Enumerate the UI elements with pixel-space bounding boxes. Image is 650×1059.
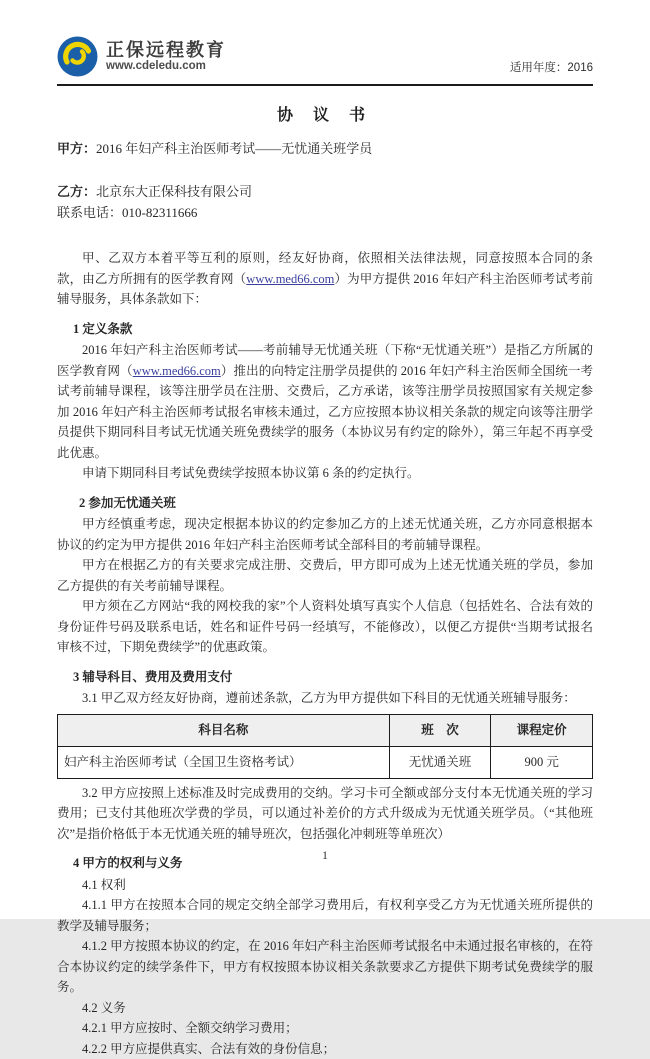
section-3-heading: 3 辅导科目、费用及费用支付 [73, 667, 593, 688]
section-4-item: 4.1 权利 [57, 875, 593, 896]
company-website: www.cdeledu.com [106, 60, 226, 73]
section-2-paragraph-2: 甲方在根据乙方的有关要求完成注册、交费后，甲方即可成为上述无忧通关班的学员，参加… [57, 555, 593, 596]
phone-label: 联系电话： [57, 205, 122, 220]
phone-value: 010-82311666 [122, 205, 197, 220]
section-3-paragraph-2: 3.2 甲方应按照上述标准及时完成费用的交纳。学习卡可全额或部分支付本无忧通关班… [57, 783, 593, 845]
med66-link[interactable]: www.med66.com [133, 364, 221, 378]
section-2-paragraph-3: 甲方须在乙方网站“我的网校我的家”个人资料处填写真实个人信息（包括姓名、合法有效… [57, 596, 593, 658]
section-3-paragraph-1: 3.1 甲乙双方经友好协商，遵前述条款，乙方为甲方提供如下科目的无忧通关班辅导服… [57, 688, 593, 709]
party-b-label: 乙方： [57, 184, 96, 199]
party-a-label: 甲方： [57, 141, 96, 156]
section-1-paragraph-1: 2016 年妇产科主治医师考试——考前辅导无忧通关班（下称“无忧通关班”）是指乙… [57, 340, 593, 463]
section-4-item: 4.1.1 甲方在按照本合同的规定交纳全部学习费用后，有权利享受乙方为无忧通关班… [57, 895, 593, 936]
document-page: 正保远程教育 www.cdeledu.com 适用年度：2016 协 议 书 甲… [0, 0, 650, 919]
fee-table-row: 妇产科主治医师考试（全国卫生资格考试） 无忧通关班 900 元 [58, 746, 593, 778]
company-logo: 正保远程教育 www.cdeledu.com [57, 36, 226, 77]
party-b-value: 北京东大正保科技有限公司 [96, 184, 252, 199]
party-b-line: 乙方：北京东大正保科技有限公司 [57, 182, 593, 202]
section-4-item: 4.2.2 甲方应提供真实、合法有效的身份信息； [57, 1039, 593, 1059]
logo-text-block: 正保远程教育 www.cdeledu.com [106, 40, 226, 74]
section-2-heading: 2 参加无忧通关班 [79, 493, 593, 514]
fee-table-cell-subject: 妇产科主治医师考试（全国卫生资格考试） [58, 746, 390, 778]
section-1-heading: 1 定义条款 [73, 319, 593, 340]
fee-table-cell-price: 900 元 [491, 746, 593, 778]
logo-swirl-icon [57, 36, 98, 77]
section-2-paragraph-1: 甲方经慎重考虑，现决定根据本协议的约定参加乙方的上述无忧通关班，乙方亦同意根据本… [57, 514, 593, 555]
fee-table-header-price: 课程定价 [491, 714, 593, 746]
document-body: 甲、乙双方本着平等互利的原则，经友好协商，依照相关法律法规，同意按照本合同的条款… [57, 248, 593, 1059]
fee-table-header-subject: 科目名称 [58, 714, 390, 746]
fee-table-cell-class: 无忧通关班 [389, 746, 491, 778]
party-a-value: 2016 年妇产科主治医师考试——无忧通关班学员 [96, 141, 372, 156]
applicable-year-label: 适用年度：2016 [510, 59, 593, 77]
section-4-item: 4.2.1 甲方应按时、全额交纳学习费用； [57, 1018, 593, 1039]
fee-table-header-row: 科目名称 班 次 课程定价 [58, 714, 593, 746]
section-4-item: 4.2 义务 [57, 998, 593, 1019]
section-4-item: 4.1.2 甲方按照本协议的约定，在 2016 年妇产科主治医师考试报名中未通过… [57, 936, 593, 998]
section-1-paragraph-2: 申请下期同科目考试免费续学按照本协议第 6 条的约定执行。 [57, 463, 593, 484]
intro-paragraph: 甲、乙双方本着平等互利的原则，经友好协商，依照相关法律法规，同意按照本合同的条款… [57, 248, 593, 310]
page-header: 正保远程教育 www.cdeledu.com 适用年度：2016 [57, 36, 593, 86]
page-number: 1 [0, 848, 650, 863]
party-a-line: 甲方：2016 年妇产科主治医师考试——无忧通关班学员 [57, 139, 593, 159]
company-name: 正保远程教育 [106, 40, 226, 61]
contact-phone-line: 联系电话：010-82311666 [57, 203, 593, 223]
med66-link[interactable]: www.med66.com [246, 272, 334, 286]
document-title: 协 议 书 [57, 102, 593, 125]
fee-table: 科目名称 班 次 课程定价 妇产科主治医师考试（全国卫生资格考试） 无忧通关班 … [57, 714, 593, 779]
fee-table-header-class: 班 次 [389, 714, 491, 746]
